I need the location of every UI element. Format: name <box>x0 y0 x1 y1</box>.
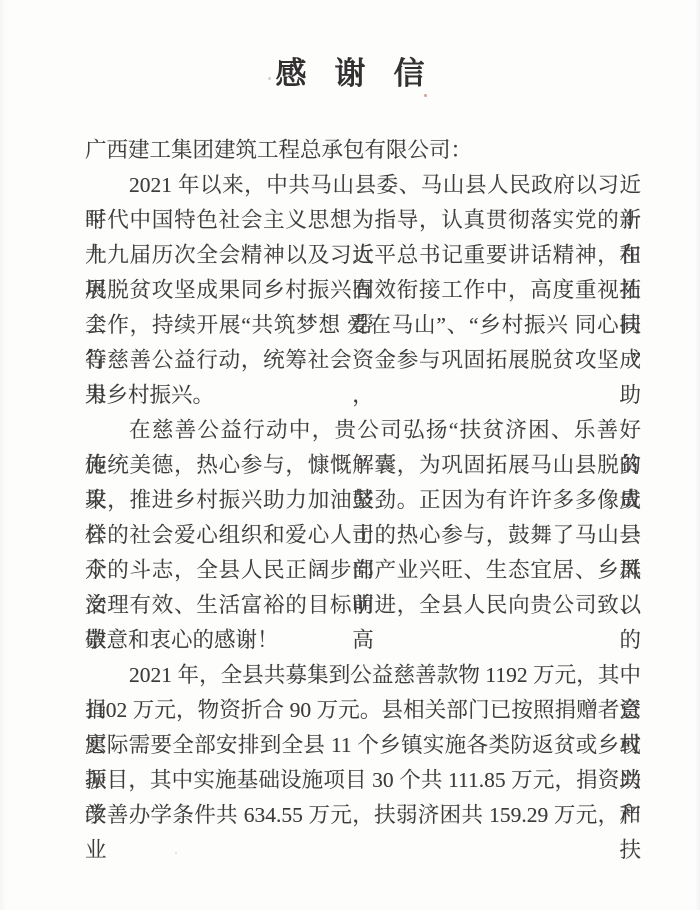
letter-line: 实际需要全部安排到全县 11 个乡镇实施各类防返贫或乡村振兴 <box>85 728 641 763</box>
letter-line: 果，推进乡村振兴助力加油鼓劲。正因为有许许多多像贵公司一 <box>85 483 641 518</box>
letter-line: 样的社会爱心组织和爱心人士的热心参与，鼓舞了马山县干部群 <box>85 518 641 553</box>
letter-line: 1102 万元，物资折合 90 万元。县相关部门已按照捐赠者意愿或 <box>85 693 641 728</box>
letter-line: 在慈善公益行动中，贵公司弘扬“扶贫济困、乐善好施”的 <box>85 413 641 448</box>
scanned-letter-page: 感谢信 广西建工集团建筑工程总承包有限公司： 2021 年以来，中共马山县委、马… <box>0 0 700 910</box>
letter-line: 治理有效、生活富裕的目标前进，全县人民向贵公司致以崇高的 <box>85 588 641 623</box>
letter-line: 2021 年以来，中共马山县委、马山县人民政府以习近平新 <box>85 168 641 203</box>
scan-speck <box>424 94 427 97</box>
letter-line: 等慈善公益行动，统筹社会资金参与巩固拓展脱贫攻坚成果，助 <box>85 343 641 378</box>
letter-line: 工作，持续开展“共筑梦想 爱在马山”、“乡村振兴 同心同行” <box>85 308 641 343</box>
letter-line: 传统美德，热心参与，慷慨解囊，为巩固拓展马山县脱贫攻坚成 <box>85 448 641 483</box>
letter-line: 众的斗志，全县人民正阔步向产业兴旺、生态宜居、乡风文明、 <box>85 553 641 588</box>
letter-line: 改善办学条件共 634.55 万元，扶弱济困共 159.29 万元，产业扶 <box>85 798 641 833</box>
letter-line: 展脱贫攻坚成果同乡村振兴有效衔接工作中，高度重视社会帮扶 <box>85 273 641 308</box>
letter-body: 广西建工集团建筑工程总承包有限公司： 2021 年以来，中共马山县委、马山县人民… <box>85 133 641 833</box>
letter-salutation: 广西建工集团建筑工程总承包有限公司： <box>85 133 641 168</box>
letter-line: 2021 年，全县共募集到公益慈善款物 1192 万元，其中捐资 <box>85 658 641 693</box>
letter-title: 感谢信 <box>0 48 700 93</box>
letter-line: 时代中国特色社会主义思想为指导，认真贯彻落实党的十九大和 <box>85 203 641 238</box>
letter-line: 十九届历次全会精神以及习近平总书记重要讲话精神，在巩固拓 <box>85 238 641 273</box>
letter-line: 项目，其中实施基础设施项目 30 个共 111.85 万元，捐资助学和 <box>85 763 641 798</box>
